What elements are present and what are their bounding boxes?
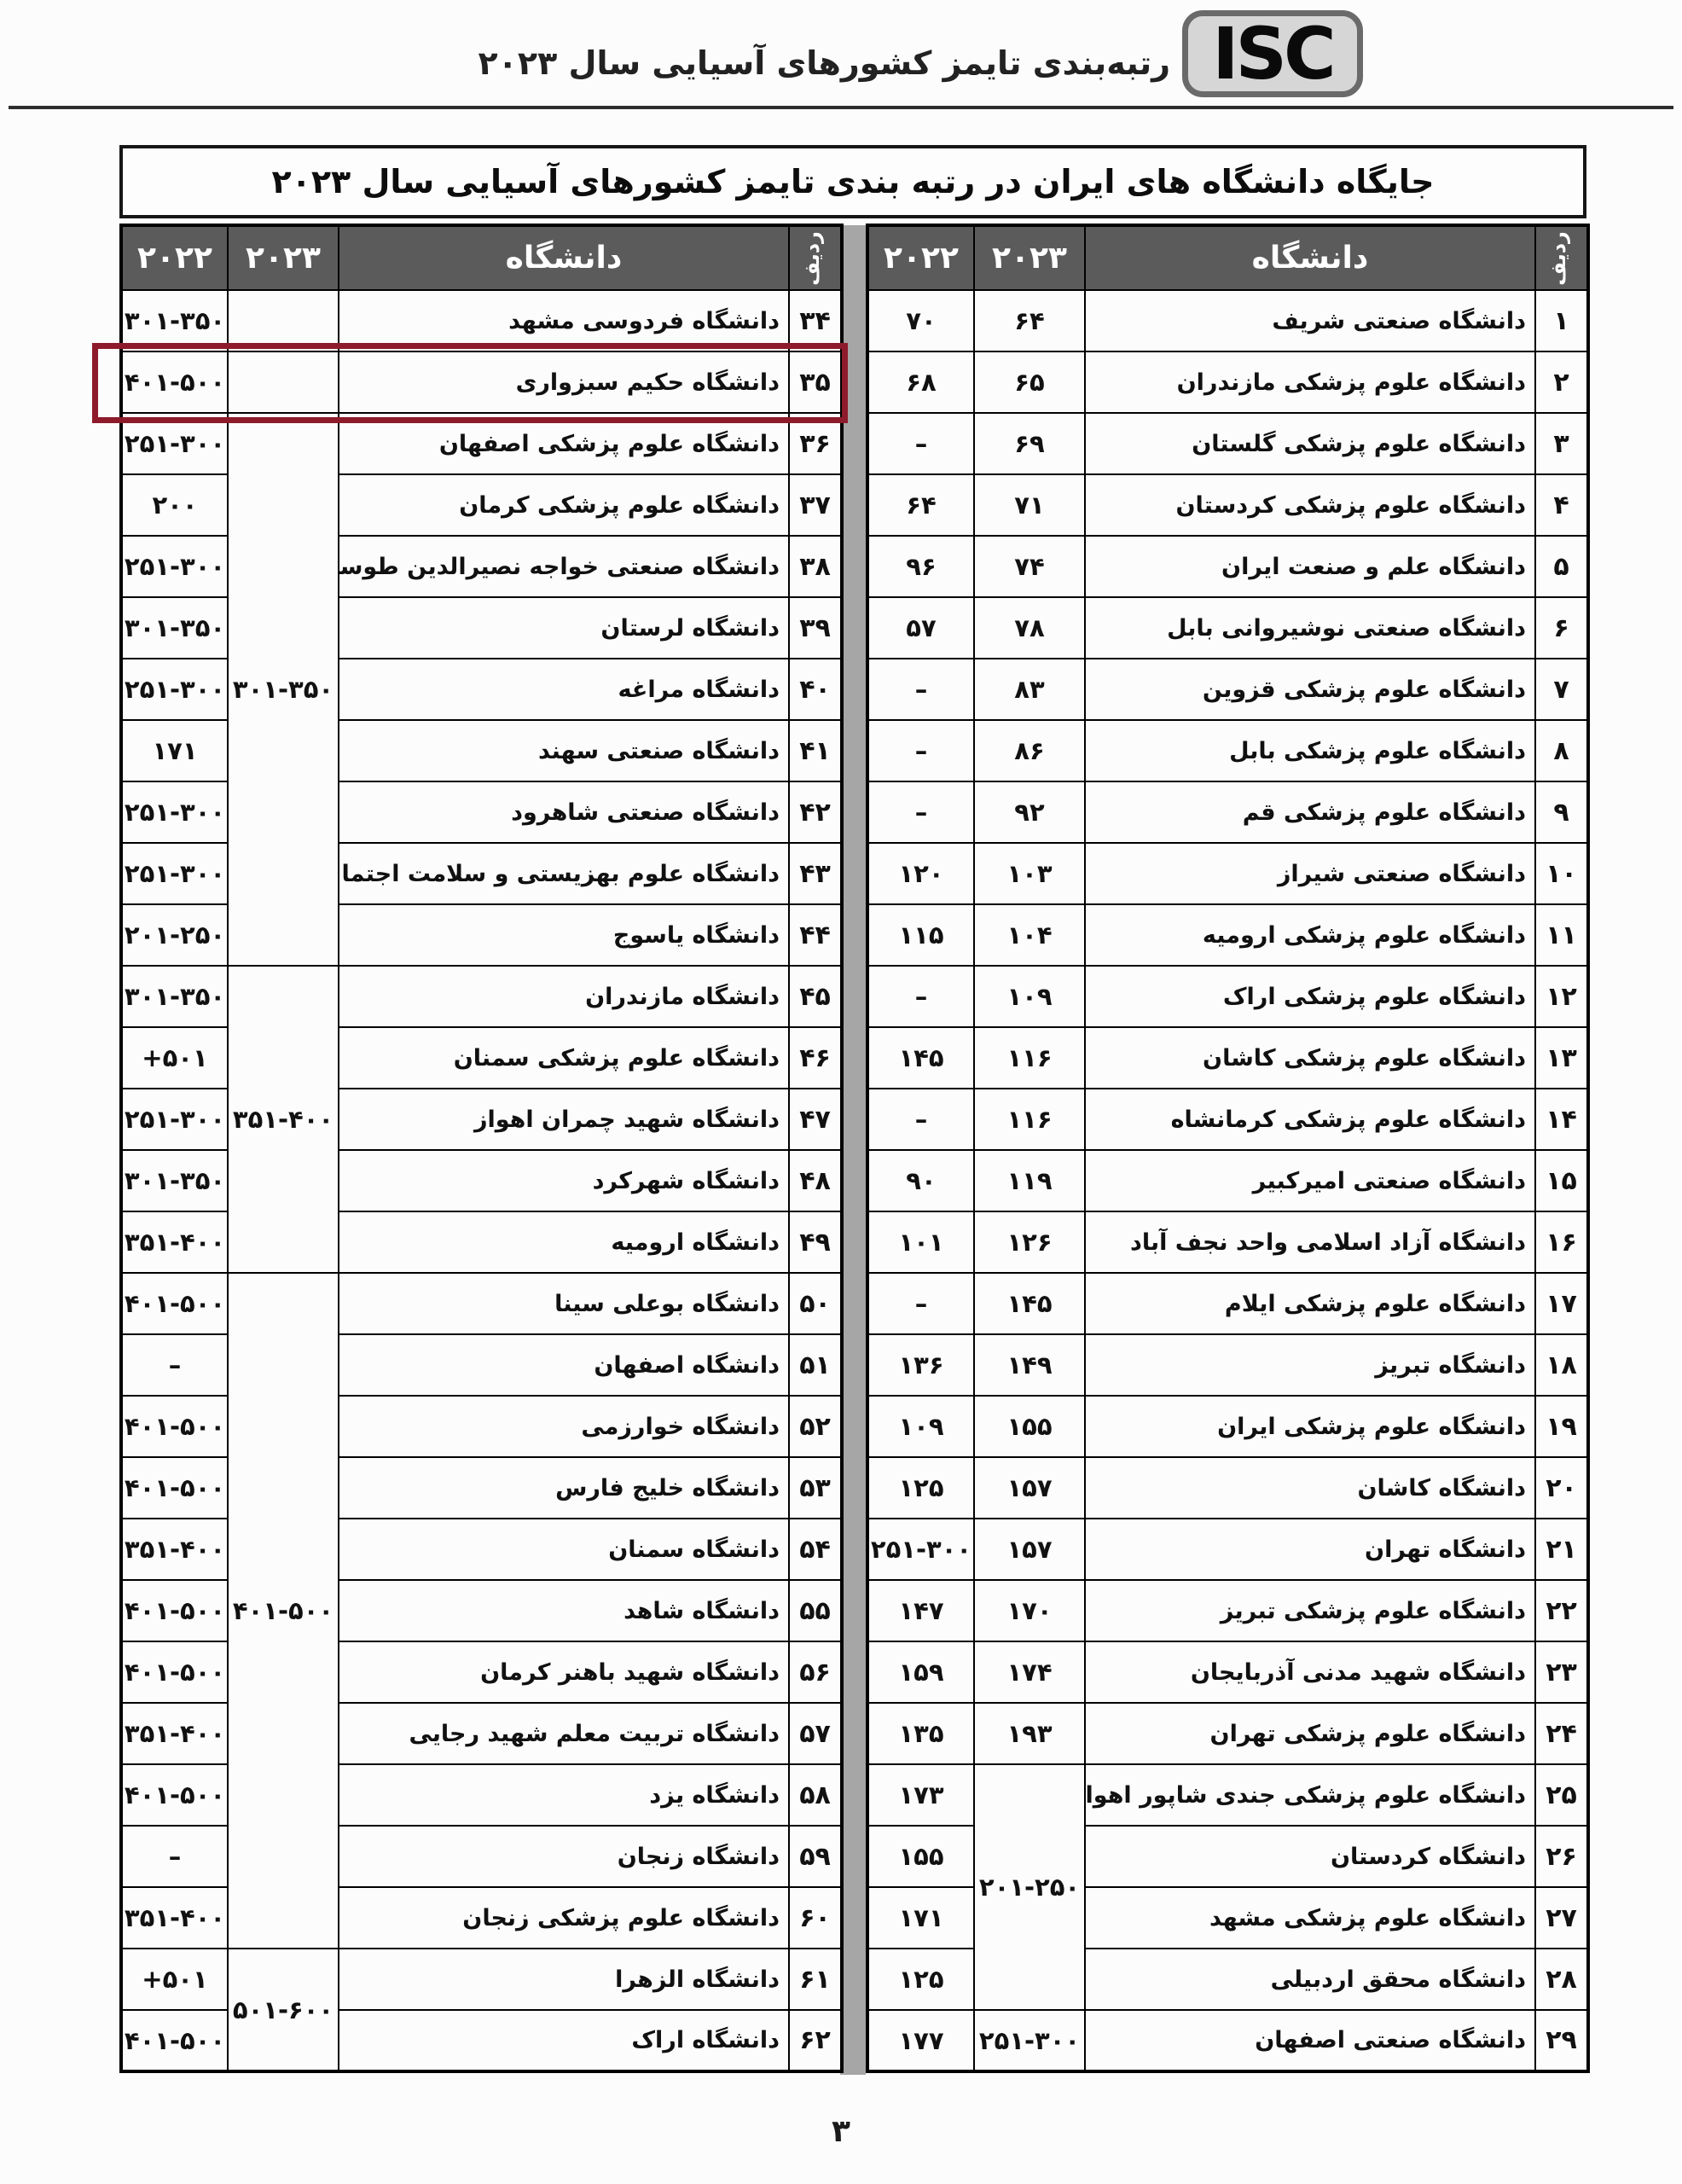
university-cell: دانشگاه صنعتی نوشیروانی بابل <box>1085 597 1535 659</box>
university-cell: دانشگاه علوم پزشکی کرمان <box>339 474 789 536</box>
university-cell: دانشگاه صنعتی خواجه نصیرالدین طوسی <box>339 536 789 597</box>
table-row: ۲۴دانشگاه علوم پزشکی تهران۱۹۳۱۳۵ <box>867 1703 1588 1764</box>
university-cell: دانشگاه اصفهان <box>339 1334 789 1396</box>
rank-cell: ۴۳ <box>789 843 842 904</box>
rank-cell: ۳۷ <box>789 474 842 536</box>
table-row: ۱۷دانشگاه علوم پزشکی ایلام۱۴۵– <box>867 1273 1588 1334</box>
rank-2023-cell: ۷۴ <box>974 536 1085 597</box>
rank-2023-cell: ۳۵۱-۴۰۰ <box>228 966 339 1273</box>
table-row: ۲۹دانشگاه صنعتی اصفهان۲۵۱-۳۰۰۱۷۷ <box>867 2010 1588 2071</box>
rank-2022-cell: – <box>867 720 974 781</box>
table-title: جایگاه دانشگاه های ایران در رتبه بندی تا… <box>119 145 1586 218</box>
university-cell: دانشگاه علوم پزشکی مشهد <box>1085 1887 1535 1949</box>
university-cell: دانشگاه علوم پزشکی اراک <box>1085 966 1535 1027</box>
rank-cell: ۳۸ <box>789 536 842 597</box>
rank-2023-cell: ۶۴ <box>974 290 1085 351</box>
rank-cell: ۵۵ <box>789 1580 842 1641</box>
university-cell: دانشگاه شهرکرد <box>339 1150 789 1211</box>
rank-2022-cell: ۱۳۵ <box>867 1703 974 1764</box>
rank-cell: ۱۵ <box>1535 1150 1588 1211</box>
rank-2022-cell: ۳۵۱-۴۰۰ <box>121 1887 228 1949</box>
rank-2022-cell: – <box>867 1089 974 1150</box>
rank-2022-cell: +۵۰۱ <box>121 1949 228 2010</box>
rank-cell: ۴۵ <box>789 966 842 1027</box>
rank-2022-cell: – <box>867 781 974 843</box>
rank-2022-cell: – <box>867 966 974 1027</box>
rank-2023-cell: ۴۰۱-۵۰۰ <box>228 1273 339 1949</box>
rank-2022-cell: ۱۱۵ <box>867 904 974 966</box>
table-row: ۱۵دانشگاه صنعتی امیرکبیر۱۱۹۹۰ <box>867 1150 1588 1211</box>
col-rank-header-label: ردیف <box>1546 231 1570 286</box>
rank-2022-cell: – <box>867 1273 974 1334</box>
university-cell: دانشگاه شهید باهنر کرمان <box>339 1641 789 1703</box>
rank-2023-cell: ۷۸ <box>974 597 1085 659</box>
university-cell: دانشگاه علوم پزشکی قزوین <box>1085 659 1535 720</box>
rank-2023-cell: ۱۵۷ <box>974 1457 1085 1519</box>
university-cell: دانشگاه شهید چمران اهواز <box>339 1089 789 1150</box>
col-rank-header-label: ردیف <box>800 231 824 286</box>
rank-cell: ۲۴ <box>1535 1703 1588 1764</box>
table-row: ۱۰دانشگاه صنعتی شیراز۱۰۳۱۲۰ <box>867 843 1588 904</box>
table-separator-strip <box>840 225 866 2075</box>
rank-cell: ۵۶ <box>789 1641 842 1703</box>
university-cell: دانشگاه علوم پزشکی سمنان <box>339 1027 789 1089</box>
university-cell: دانشگاه علوم پزشکی ایران <box>1085 1396 1535 1457</box>
rank-2022-cell: ۱۷۱ <box>121 720 228 781</box>
rank-2023-cell: ۶۹ <box>974 413 1085 474</box>
university-cell: دانشگاه علوم پزشکی تبریز <box>1085 1580 1535 1641</box>
col-rank-header: ردیف <box>789 225 842 290</box>
university-cell: دانشگاه الزهرا <box>339 1949 789 2010</box>
university-cell: دانشگاه علوم بهزیستی و سلامت اجتماعی <box>339 843 789 904</box>
rank-2022-cell: ۲۵۱-۳۰۰ <box>121 659 228 720</box>
rank-2023-cell: ۲۰۱-۲۵۰ <box>974 1764 1085 2010</box>
university-cell: دانشگاه آزاد اسلامی واحد نجف آباد <box>1085 1211 1535 1273</box>
rank-2023-cell: ۱۵۷ <box>974 1519 1085 1580</box>
university-cell: دانشگاه علوم پزشکی کرمانشاه <box>1085 1089 1535 1150</box>
table-row: ۷دانشگاه علوم پزشکی قزوین۸۳– <box>867 659 1588 720</box>
header-row: ردیفدانشگاه۲۰۲۳۲۰۲۲ <box>867 225 1588 290</box>
rank-cell: ۵۸ <box>789 1764 842 1826</box>
university-cell: دانشگاه علوم پزشکی کردستان <box>1085 474 1535 536</box>
university-cell: دانشگاه علوم پزشکی ایلام <box>1085 1273 1535 1334</box>
rank-2023-cell: ۱۴۵ <box>974 1273 1085 1334</box>
rank-cell: ۲۵ <box>1535 1764 1588 1826</box>
rank-2022-cell: ۱۲۵ <box>867 1949 974 2010</box>
page-header-title: رتبه‌بندی تایمز کشورهای آسیایی سال ۲۰۲۳ <box>478 44 1170 82</box>
rank-2022-cell: ۳۵۱-۴۰۰ <box>121 1211 228 1273</box>
col-2022-header: ۲۰۲۲ <box>121 225 228 290</box>
university-cell: دانشگاه اراک <box>339 2010 789 2071</box>
rank-2022-cell: ۱۲۰ <box>867 843 974 904</box>
table-row: ۲۲دانشگاه علوم پزشکی تبریز۱۷۰۱۴۷ <box>867 1580 1588 1641</box>
rank-cell: ۴۱ <box>789 720 842 781</box>
table-left: ردیفدانشگاه۲۰۲۳۲۰۲۲۳۴دانشگاه فردوسی مشهد… <box>119 224 844 2073</box>
col-university-header: دانشگاه <box>339 225 789 290</box>
rank-cell: ۱۳ <box>1535 1027 1588 1089</box>
rank-cell: ۶۰ <box>789 1887 842 1949</box>
rank-cell: ۲۹ <box>1535 2010 1588 2071</box>
rank-2023-cell: ۲۵۱-۳۰۰ <box>974 2010 1085 2071</box>
rank-2022-cell: ۲۵۱-۳۰۰ <box>121 781 228 843</box>
table-row: ۱۱دانشگاه علوم پزشکی ارومیه۱۰۴۱۱۵ <box>867 904 1588 966</box>
university-cell: دانشگاه صنعتی امیرکبیر <box>1085 1150 1535 1211</box>
rank-cell: ۷ <box>1535 659 1588 720</box>
rank-2022-cell: ۶۸ <box>867 351 974 413</box>
rank-2022-cell: ۵۷ <box>867 597 974 659</box>
rank-2023-cell: ۷۱ <box>974 474 1085 536</box>
rank-2022-cell: ۱۰۹ <box>867 1396 974 1457</box>
rank-2022-cell: ۳۰۱-۳۵۰ <box>121 966 228 1027</box>
rank-2022-cell: ۱۷۱ <box>867 1887 974 1949</box>
rank-2022-cell: ۹۰ <box>867 1150 974 1211</box>
rank-2022-cell: – <box>121 1334 228 1396</box>
university-cell: دانشگاه علوم پزشکی قم <box>1085 781 1535 843</box>
rank-2022-cell: ۲۵۱-۳۰۰ <box>121 536 228 597</box>
header-rule <box>9 106 1673 109</box>
table-row: ۱۴دانشگاه علوم پزشکی کرمانشاه۱۱۶– <box>867 1089 1588 1150</box>
rank-2023-cell: ۱۱۶ <box>974 1089 1085 1150</box>
university-cell: دانشگاه علوم پزشکی زنجان <box>339 1887 789 1949</box>
rank-2022-cell: ۲۰۰ <box>121 474 228 536</box>
table-row: ۲۵دانشگاه علوم پزشکی جندی شاپور اهواز۲۰۱… <box>867 1764 1588 1826</box>
rank-2022-cell: ۴۰۱-۵۰۰ <box>121 1580 228 1641</box>
table-row: ۱۸دانشگاه تبریز۱۴۹۱۳۶ <box>867 1334 1588 1396</box>
rank-2023-cell: ۱۴۹ <box>974 1334 1085 1396</box>
university-cell: دانشگاه تهران <box>1085 1519 1535 1580</box>
table-row: ۳دانشگاه علوم پزشکی گلستان۶۹– <box>867 413 1588 474</box>
table-row: ۲۰دانشگاه کاشان۱۵۷۱۲۵ <box>867 1457 1588 1519</box>
rank-2022-cell: ۱۷۳ <box>867 1764 974 1826</box>
rank-cell: ۳ <box>1535 413 1588 474</box>
rank-cell: ۶۲ <box>789 2010 842 2071</box>
rank-2023-cell: ۸۳ <box>974 659 1085 720</box>
rank-2022-cell: ۱۵۹ <box>867 1641 974 1703</box>
rank-cell: ۲۱ <box>1535 1519 1588 1580</box>
rank-2022-cell: ۴۰۱-۵۰۰ <box>121 2010 228 2071</box>
rank-2022-cell: ۷۰ <box>867 290 974 351</box>
rank-cell: ۸ <box>1535 720 1588 781</box>
ranking-table-ranks-34-62: ردیفدانشگاه۲۰۲۳۲۰۲۲۳۴دانشگاه فردوسی مشهد… <box>119 224 844 2073</box>
rank-2022-cell: ۱۷۷ <box>867 2010 974 2071</box>
rank-2023-cell: ۱۰۴ <box>974 904 1085 966</box>
rank-cell: ۴۲ <box>789 781 842 843</box>
rank-cell: ۲۰ <box>1535 1457 1588 1519</box>
isc-logo: ISC <box>1182 10 1363 97</box>
rank-2022-cell: ۲۰۱-۲۵۰ <box>121 904 228 966</box>
col-university-header: دانشگاه <box>1085 225 1535 290</box>
col-2023-header: ۲۰۲۳ <box>974 225 1085 290</box>
university-cell: دانشگاه ارومیه <box>339 1211 789 1273</box>
university-cell: دانشگاه لرستان <box>339 597 789 659</box>
university-cell: دانشگاه محقق اردبیلی <box>1085 1949 1535 2010</box>
university-cell: دانشگاه علوم پزشکی کاشان <box>1085 1027 1535 1089</box>
rank-2023-cell: ۱۵۵ <box>974 1396 1085 1457</box>
rank-cell: ۵۹ <box>789 1826 842 1887</box>
rank-2023-cell: ۱۰۳ <box>974 843 1085 904</box>
table-row: ۶۱دانشگاه الزهرا۵۰۱-۶۰۰+۵۰۱ <box>121 1949 842 2010</box>
rank-cell: ۲۸ <box>1535 1949 1588 2010</box>
rank-2023-cell: ۳۰۱-۳۵۰ <box>228 413 339 966</box>
rank-2022-cell: ۲۵۱-۳۰۰ <box>121 1089 228 1150</box>
rank-2023-cell: ۸۶ <box>974 720 1085 781</box>
rank-cell: ۱۷ <box>1535 1273 1588 1334</box>
rank-2022-cell: ۱۴۵ <box>867 1027 974 1089</box>
rank-2023-cell: ۶۵ <box>974 351 1085 413</box>
rank-2023-cell: ۱۱۶ <box>974 1027 1085 1089</box>
ranking-table-ranks-1-29: ردیفدانشگاه۲۰۲۳۲۰۲۲۱دانشگاه صنعتی شریف۶۴… <box>866 224 1590 2073</box>
table-row: ۱۶دانشگاه آزاد اسلامی واحد نجف آباد۱۲۶۱۰… <box>867 1211 1588 1273</box>
rank-2022-cell: ۱۰۱ <box>867 1211 974 1273</box>
rank-cell: ۲۷ <box>1535 1887 1588 1949</box>
rank-cell: ۴۴ <box>789 904 842 966</box>
university-cell: دانشگاه کاشان <box>1085 1457 1535 1519</box>
col-2022-header: ۲۰۲۲ <box>867 225 974 290</box>
university-cell: دانشگاه مراغه <box>339 659 789 720</box>
rank-2023-cell: ۱۰۹ <box>974 966 1085 1027</box>
table-row: ۴دانشگاه علوم پزشکی کردستان۷۱۶۴ <box>867 474 1588 536</box>
header-row: ردیفدانشگاه۲۰۲۳۲۰۲۲ <box>121 225 842 290</box>
university-cell: دانشگاه صنعتی شاهرود <box>339 781 789 843</box>
rank-2022-cell: ۱۲۵ <box>867 1457 974 1519</box>
rank-2023-cell: ۱۹۳ <box>974 1703 1085 1764</box>
table-row: ۵دانشگاه علم و صنعت ایران۷۴۹۶ <box>867 536 1588 597</box>
table-right: ردیفدانشگاه۲۰۲۳۲۰۲۲۱دانشگاه صنعتی شریف۶۴… <box>866 224 1590 2073</box>
rank-2022-cell: ۳۰۱-۳۵۰ <box>121 1150 228 1211</box>
rank-cell: ۴ <box>1535 474 1588 536</box>
university-cell: دانشگاه کردستان <box>1085 1826 1535 1887</box>
col-2023-header: ۲۰۲۳ <box>228 225 339 290</box>
rank-2022-cell: ۴۰۱-۵۰۰ <box>121 1273 228 1334</box>
rank-2022-cell: ۳۵۱-۴۰۰ <box>121 1519 228 1580</box>
university-cell: دانشگاه یاسوج <box>339 904 789 966</box>
rank-cell: ۲۳ <box>1535 1641 1588 1703</box>
rank-2023-cell: ۱۲۶ <box>974 1211 1085 1273</box>
table-row: ۱دانشگاه صنعتی شریف۶۴۷۰ <box>867 290 1588 351</box>
rank-2022-cell: +۵۰۱ <box>121 1027 228 1089</box>
col-rank-header: ردیف <box>1535 225 1588 290</box>
rank-2022-cell: ۲۵۱-۳۰۰ <box>121 843 228 904</box>
university-cell: دانشگاه تربیت معلم شهید رجایی <box>339 1703 789 1764</box>
university-cell: دانشگاه صنعتی اصفهان <box>1085 2010 1535 2071</box>
table-row: ۲۳دانشگاه شهید مدنی آذربایجان۱۷۴۱۵۹ <box>867 1641 1588 1703</box>
university-cell: دانشگاه علوم پزشکی جندی شاپور اهواز <box>1085 1764 1535 1826</box>
rank-2022-cell: – <box>867 659 974 720</box>
university-cell: دانشگاه مازندران <box>339 966 789 1027</box>
rank-cell: ۴۸ <box>789 1150 842 1211</box>
university-cell: دانشگاه یزد <box>339 1764 789 1826</box>
university-cell: دانشگاه علم و صنعت ایران <box>1085 536 1535 597</box>
rank-cell: ۵۳ <box>789 1457 842 1519</box>
document-page: رتبه‌بندی تایمز کشورهای آسیایی سال ۲۰۲۳ … <box>0 0 1682 2184</box>
rank-cell: ۱۹ <box>1535 1396 1588 1457</box>
rank-cell: ۱۸ <box>1535 1334 1588 1396</box>
university-cell: دانشگاه زنجان <box>339 1826 789 1887</box>
rank-2022-cell: ۴۰۱-۵۰۰ <box>121 1764 228 1826</box>
rank-cell: ۵۰ <box>789 1273 842 1334</box>
table-row: ۴۵دانشگاه مازندران۳۵۱-۴۰۰۳۰۱-۳۵۰ <box>121 966 842 1027</box>
rank-cell: ۱۱ <box>1535 904 1588 966</box>
university-cell: دانشگاه علوم پزشکی تهران <box>1085 1703 1535 1764</box>
rank-cell: ۵۷ <box>789 1703 842 1764</box>
table-row: ۱۳دانشگاه علوم پزشکی کاشان۱۱۶۱۴۵ <box>867 1027 1588 1089</box>
rank-2022-cell: ۱۵۵ <box>867 1826 974 1887</box>
rank-2023-cell: ۹۲ <box>974 781 1085 843</box>
university-cell: دانشگاه خوارزمی <box>339 1396 789 1457</box>
table-row: ۹دانشگاه علوم پزشکی قم۹۲– <box>867 781 1588 843</box>
rank-cell: ۴۶ <box>789 1027 842 1089</box>
university-cell: دانشگاه شهید مدنی آذربایجان <box>1085 1641 1535 1703</box>
rank-cell: ۱۰ <box>1535 843 1588 904</box>
rank-cell: ۲۶ <box>1535 1826 1588 1887</box>
table-row: ۶دانشگاه صنعتی نوشیروانی بابل۷۸۵۷ <box>867 597 1588 659</box>
rank-cell: ۲ <box>1535 351 1588 413</box>
rank-cell: ۱۲ <box>1535 966 1588 1027</box>
rank-cell: ۵۱ <box>789 1334 842 1396</box>
university-cell: دانشگاه صنعتی سهند <box>339 720 789 781</box>
rank-2022-cell: ۴۰۱-۵۰۰ <box>121 1396 228 1457</box>
rank-2023-cell: ۱۷۴ <box>974 1641 1085 1703</box>
university-cell: دانشگاه خلیج فارس <box>339 1457 789 1519</box>
rank-cell: ۱۴ <box>1535 1089 1588 1150</box>
university-cell: دانشگاه علوم پزشکی ارومیه <box>1085 904 1535 966</box>
rank-2022-cell: ۲۵۱-۳۰۰ <box>867 1519 974 1580</box>
table-row: ۱۹دانشگاه علوم پزشکی ایران۱۵۵۱۰۹ <box>867 1396 1588 1457</box>
rank-cell: ۹ <box>1535 781 1588 843</box>
university-cell: دانشگاه شاهد <box>339 1580 789 1641</box>
university-cell: دانشگاه علوم پزشکی مازندران <box>1085 351 1535 413</box>
rank-cell: ۱۶ <box>1535 1211 1588 1273</box>
university-cell: دانشگاه صنعتی شریف <box>1085 290 1535 351</box>
university-cell: دانشگاه علوم پزشکی گلستان <box>1085 413 1535 474</box>
table-row: ۲دانشگاه علوم پزشکی مازندران۶۵۶۸ <box>867 351 1588 413</box>
rank-cell: ۵۲ <box>789 1396 842 1457</box>
rank-2022-cell: ۱۳۶ <box>867 1334 974 1396</box>
rank-cell: ۴۹ <box>789 1211 842 1273</box>
university-cell: دانشگاه سمنان <box>339 1519 789 1580</box>
rank-2023-cell: ۱۱۹ <box>974 1150 1085 1211</box>
rank-cell: ۴۷ <box>789 1089 842 1150</box>
university-cell: دانشگاه تبریز <box>1085 1334 1535 1396</box>
rank-cell: ۲۲ <box>1535 1580 1588 1641</box>
rank-cell: ۶۱ <box>789 1949 842 2010</box>
table-row: ۱۲دانشگاه علوم پزشکی اراک۱۰۹– <box>867 966 1588 1027</box>
rank-2022-cell: – <box>867 413 974 474</box>
rank-cell: ۳۹ <box>789 597 842 659</box>
rank-2022-cell: ۳۰۱-۳۵۰ <box>121 597 228 659</box>
rank-2022-cell: ۱۴۷ <box>867 1580 974 1641</box>
table-row: ۲۱دانشگاه تهران۱۵۷۲۵۱-۳۰۰ <box>867 1519 1588 1580</box>
table-row: ۵۰دانشگاه بوعلی سینا۴۰۱-۵۰۰۴۰۱-۵۰۰ <box>121 1273 842 1334</box>
rank-2022-cell: – <box>121 1826 228 1887</box>
rank-2022-cell: ۴۰۱-۵۰۰ <box>121 1641 228 1703</box>
rank-cell: ۵ <box>1535 536 1588 597</box>
rank-2023-cell: ۵۰۱-۶۰۰ <box>228 1949 339 2071</box>
rank-2022-cell: ۹۶ <box>867 536 974 597</box>
rank-2023-cell: ۱۷۰ <box>974 1580 1085 1641</box>
rank-2022-cell: ۳۵۱-۴۰۰ <box>121 1703 228 1764</box>
rank-2022-cell: ۴۰۱-۵۰۰ <box>121 1457 228 1519</box>
rank-cell: ۵۴ <box>789 1519 842 1580</box>
table-row: ۸دانشگاه علوم پزشکی بابل۸۶– <box>867 720 1588 781</box>
university-cell: دانشگاه علوم پزشکی بابل <box>1085 720 1535 781</box>
highlight-box-row-35 <box>92 343 848 423</box>
page-number: ۳ <box>0 2114 1682 2149</box>
rank-cell: ۴۰ <box>789 659 842 720</box>
university-cell: دانشگاه صنعتی شیراز <box>1085 843 1535 904</box>
university-cell: دانشگاه بوعلی سینا <box>339 1273 789 1334</box>
rank-cell: ۶ <box>1535 597 1588 659</box>
rank-2022-cell: ۶۴ <box>867 474 974 536</box>
rank-cell: ۱ <box>1535 290 1588 351</box>
